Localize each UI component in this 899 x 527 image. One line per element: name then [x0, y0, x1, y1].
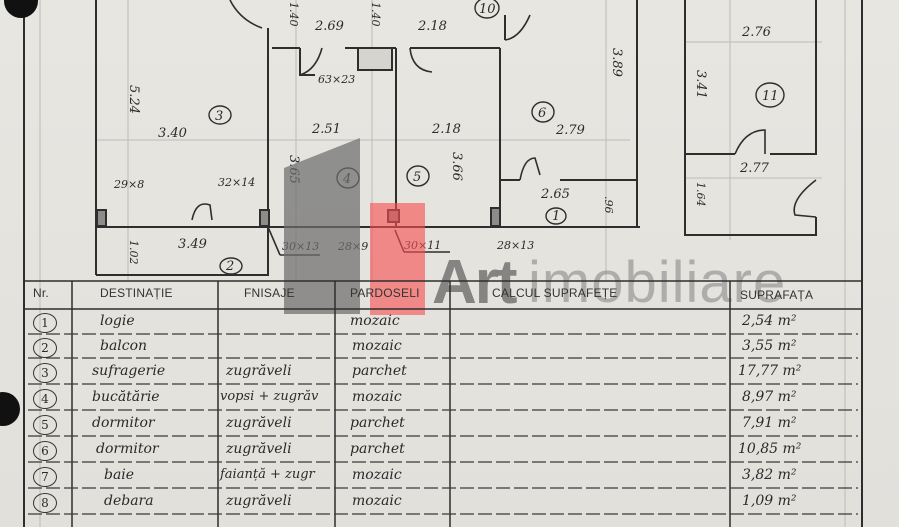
suprafata-cell: 17,77 m²	[738, 363, 801, 379]
header-nr: Nr.	[33, 286, 49, 300]
pardoseli-cell: parchet	[350, 441, 405, 457]
finisaje-cell: zugrăveli	[226, 363, 292, 379]
row-number: 4	[33, 389, 57, 409]
finisaje-cell: zugrăveli	[226, 441, 292, 457]
header-destinatie: DESTINAȚIE	[100, 286, 173, 300]
destinatie-cell: balcon	[100, 338, 147, 354]
suprafata-cell: 3,55 m²	[742, 338, 797, 354]
header-suprafata: SUPRAFAȚA	[740, 288, 813, 302]
finisaje-cell: vopsi + zugrăv	[220, 389, 318, 404]
destinatie-cell: dormitor	[92, 415, 155, 431]
pardoseli-cell: mozaic	[352, 467, 402, 483]
suprafata-cell: 10,85 m²	[738, 441, 801, 457]
destinatie-cell: baie	[104, 467, 134, 483]
row-number: 7	[33, 467, 57, 487]
finisaje-cell: zugrăveli	[226, 493, 292, 509]
row-number: 1	[33, 313, 57, 333]
suprafata-cell: 1,09 m²	[742, 493, 797, 509]
suprafata-cell: 7,91 m²	[742, 415, 797, 431]
pardoseli-cell: mozaic	[350, 313, 400, 329]
row-number: 2	[33, 338, 57, 358]
suprafata-cell: 3,82 m²	[742, 467, 797, 483]
suprafata-cell: 8,97 m²	[742, 389, 797, 405]
destinatie-cell: dormitor	[96, 441, 159, 457]
pardoseli-cell: parchet	[352, 363, 407, 379]
row-number: 6	[33, 441, 57, 461]
pardoseli-cell: mozaic	[352, 389, 402, 405]
row-number: 5	[33, 415, 57, 435]
destinatie-cell: debara	[104, 493, 154, 509]
header-finisaje: FNISAJE	[244, 286, 295, 300]
pardoseli-cell: mozaic	[352, 493, 402, 509]
header-pardoseli: PARDOSELI	[350, 286, 420, 300]
destinatie-cell: bucătărie	[92, 389, 160, 405]
header-calcul-suprafete: CALCUL SUPRAFEȚE	[492, 286, 617, 300]
destinatie-cell: logie	[100, 313, 135, 329]
pardoseli-cell: parchet	[350, 415, 405, 431]
row-number: 3	[33, 363, 57, 383]
finisaje-cell: faianță + zugr	[220, 467, 315, 482]
pardoseli-cell: mozaic	[352, 338, 402, 354]
destinatie-cell: sufragerie	[92, 363, 165, 379]
row-number: 8	[33, 493, 57, 513]
finisaje-cell: zugrăveli	[226, 415, 292, 431]
suprafata-cell: 2,54 m²	[742, 313, 797, 329]
